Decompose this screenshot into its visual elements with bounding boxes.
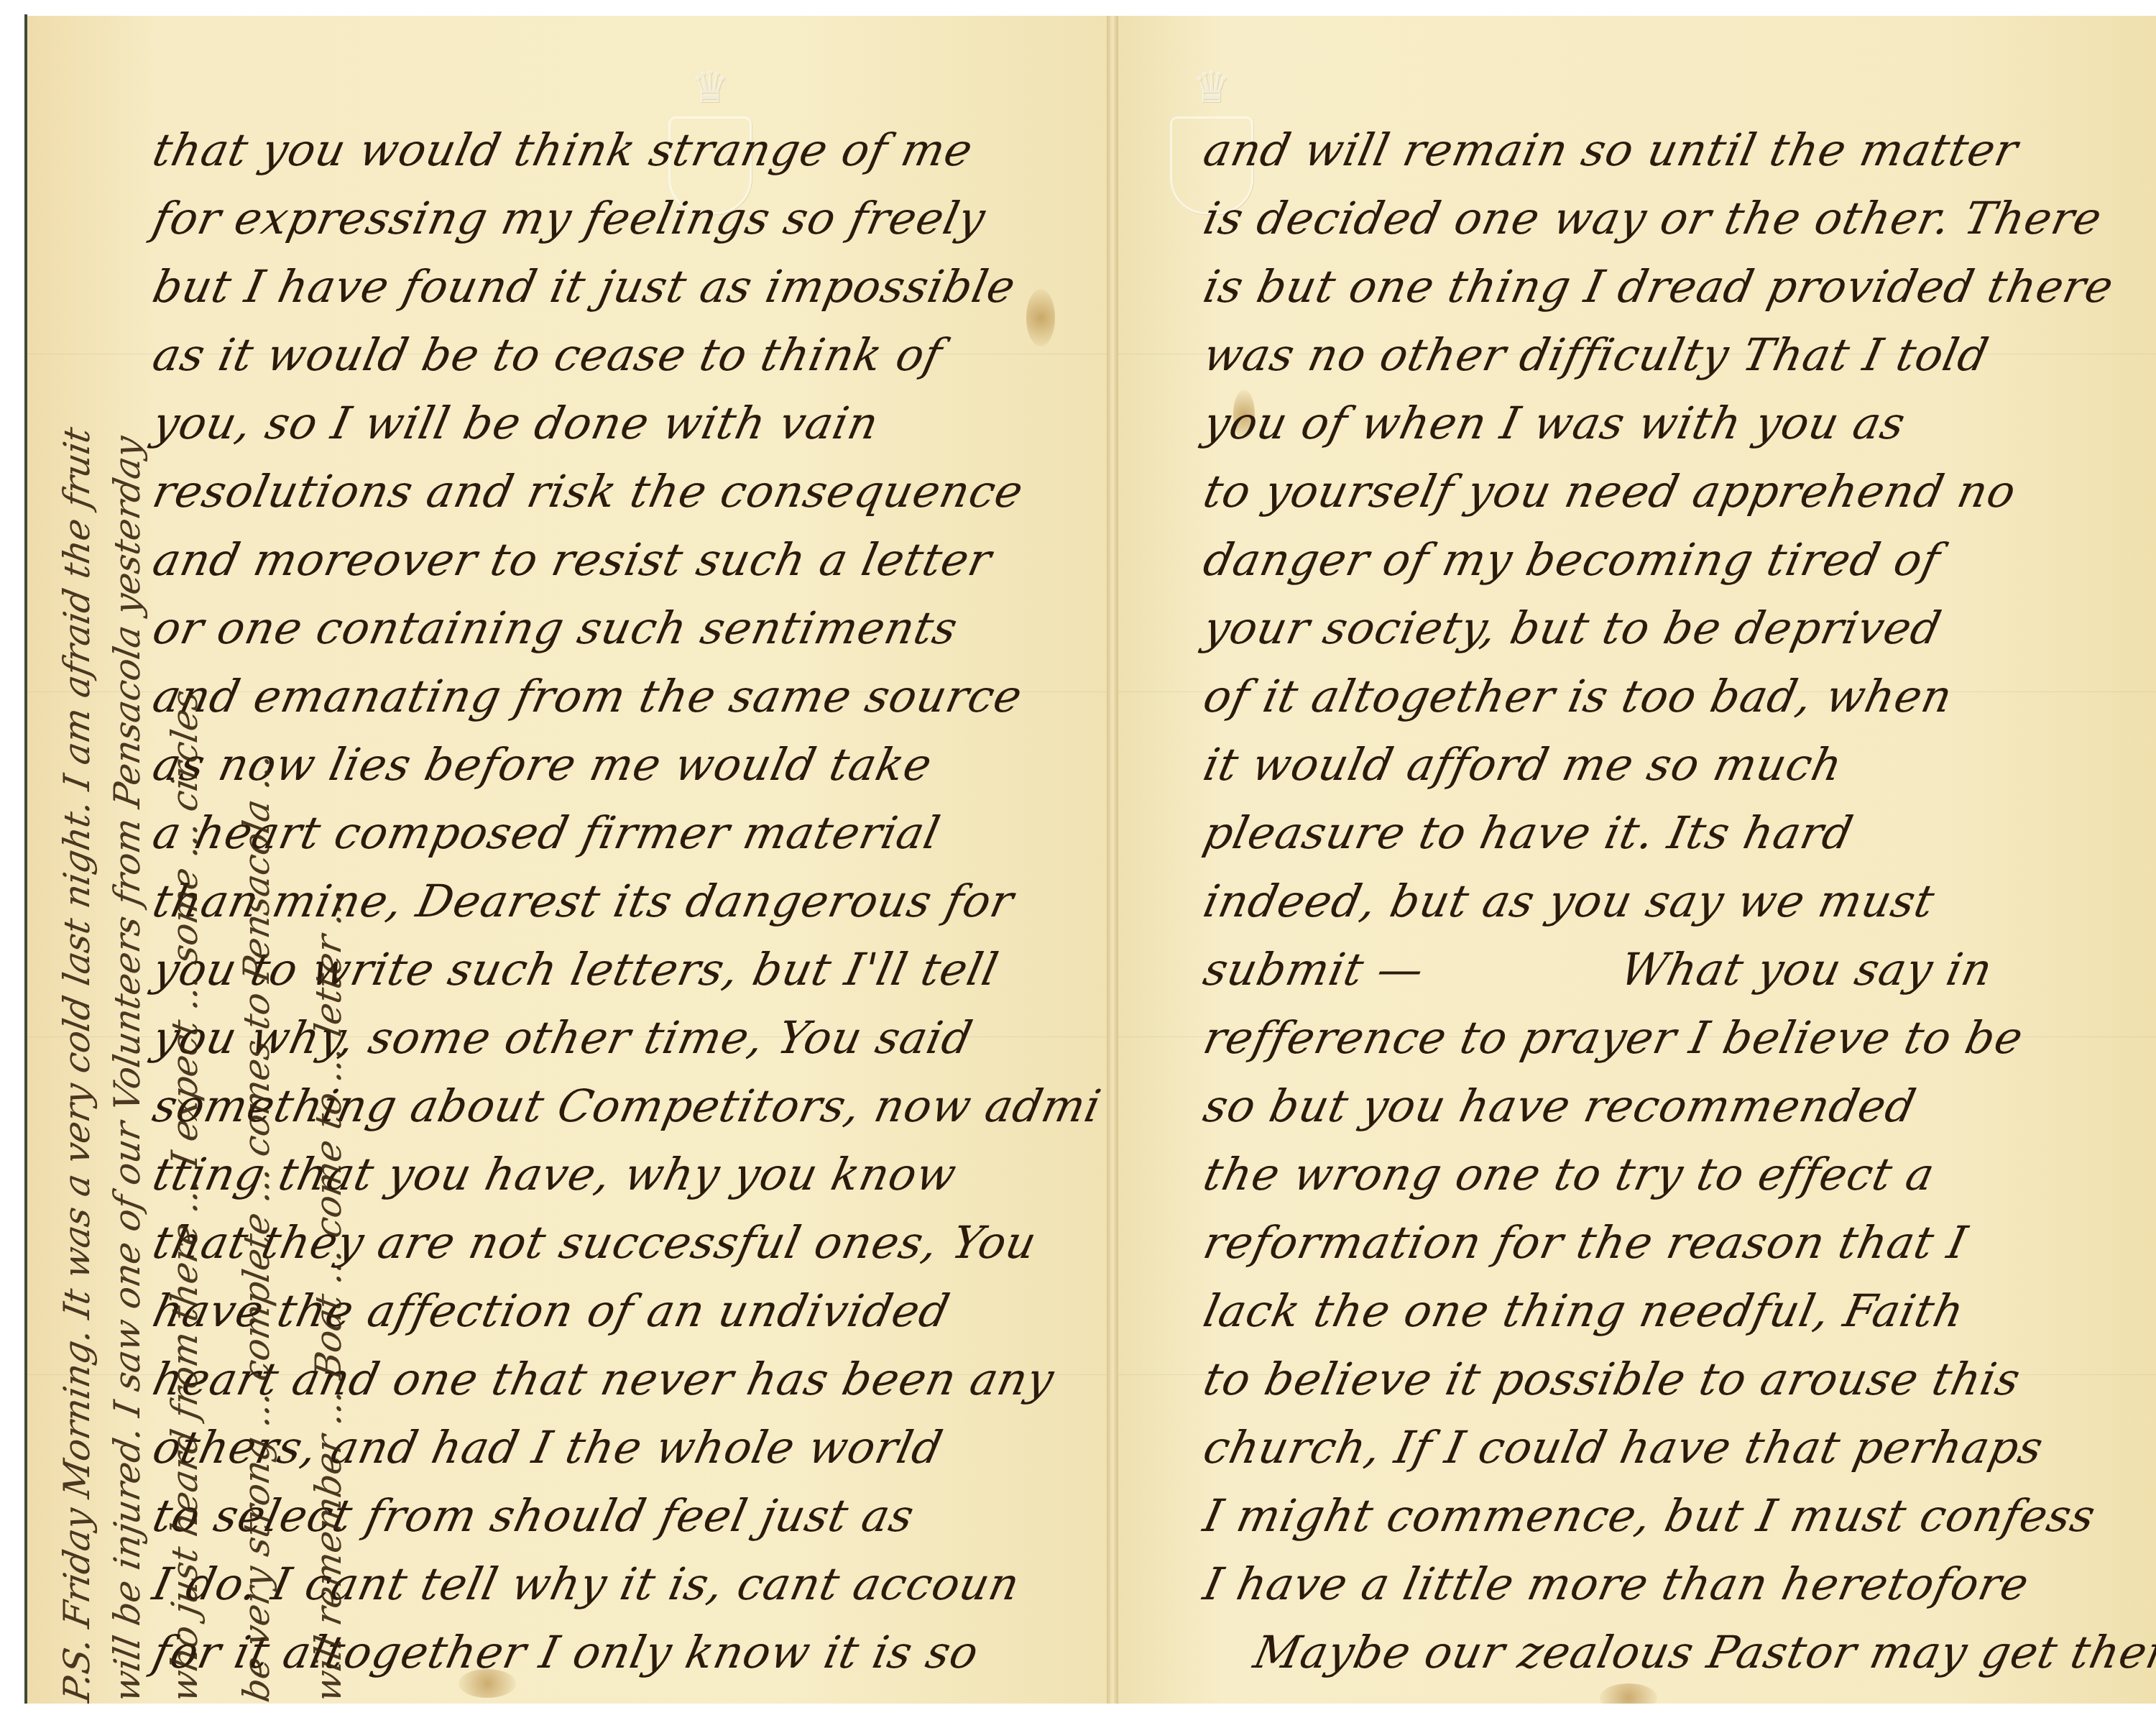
left-page: ♛ that you would think strange of me for… (27, 16, 1107, 1704)
text-line: submit — (1199, 943, 1429, 996)
postscript-line: who just heard from there ... I expect .… (164, 687, 206, 1704)
letter-sheet: ♛ that you would think strange of me for… (27, 16, 2156, 1704)
text-line: refference to prayer I believe to be (1199, 1011, 2028, 1064)
right-page-text: and will remain so until the matter is d… (1118, 16, 2156, 1704)
text-line: is but one thing I dread provided there (1199, 260, 2119, 313)
margin-postscript: P.S. Friday Morning. It was a very cold … (27, 16, 401, 1704)
text-line: and will remain so until the matter (1199, 124, 2023, 176)
text-line: it would afford me so much (1199, 738, 1847, 791)
right-page: ♛ and will remain so until the matter is… (1118, 16, 2156, 1704)
postscript-line: will remember ... Boat ... come to ... l… (308, 886, 349, 1704)
text-line: the wrong one to try to effect a (1199, 1148, 1940, 1200)
text-line: pleasure to have it. Its hard (1199, 806, 1858, 859)
text-line: your society, but to be deprived (1199, 602, 1946, 654)
postscript-line: will be injured. I saw one of our Volunt… (106, 433, 148, 1704)
text-line: church, If I could have that perhaps (1199, 1421, 2048, 1474)
postscript-line: P.S. Friday Morning. It was a very cold … (56, 424, 98, 1704)
text-line: is decided one way or the other. There (1199, 192, 2106, 244)
text-line: so but you have recommended (1199, 1080, 1921, 1132)
text-line: danger of my becoming tired of (1199, 533, 1945, 586)
text-line: What you say in (1616, 943, 1997, 996)
text-line: I have a little more than heretofore (1199, 1558, 2034, 1610)
text-line: you of when I was with you as (1199, 397, 1910, 449)
text-line: I might commence, but I must confess (1199, 1489, 2101, 1542)
postscript-line: be very strong ... complete ... comes to… (236, 750, 277, 1704)
text-line: was no other difficulty That I told (1199, 328, 1993, 381)
text-line: indeed, but as you say we must (1199, 875, 1940, 927)
text-line: of it altogether is too bad, when (1199, 670, 1957, 722)
text-line: reformation for the reason that I (1199, 1216, 1972, 1269)
text-line: lack the one thing needful, Faith (1199, 1284, 1969, 1337)
center-fold (1107, 16, 1118, 1704)
text-line: Maybe our zealous Pastor may get them (1249, 1626, 2156, 1678)
text-line: to believe it possible to arouse this (1199, 1353, 2025, 1405)
text-line: to yourself you need apprehend no (1199, 465, 2021, 518)
